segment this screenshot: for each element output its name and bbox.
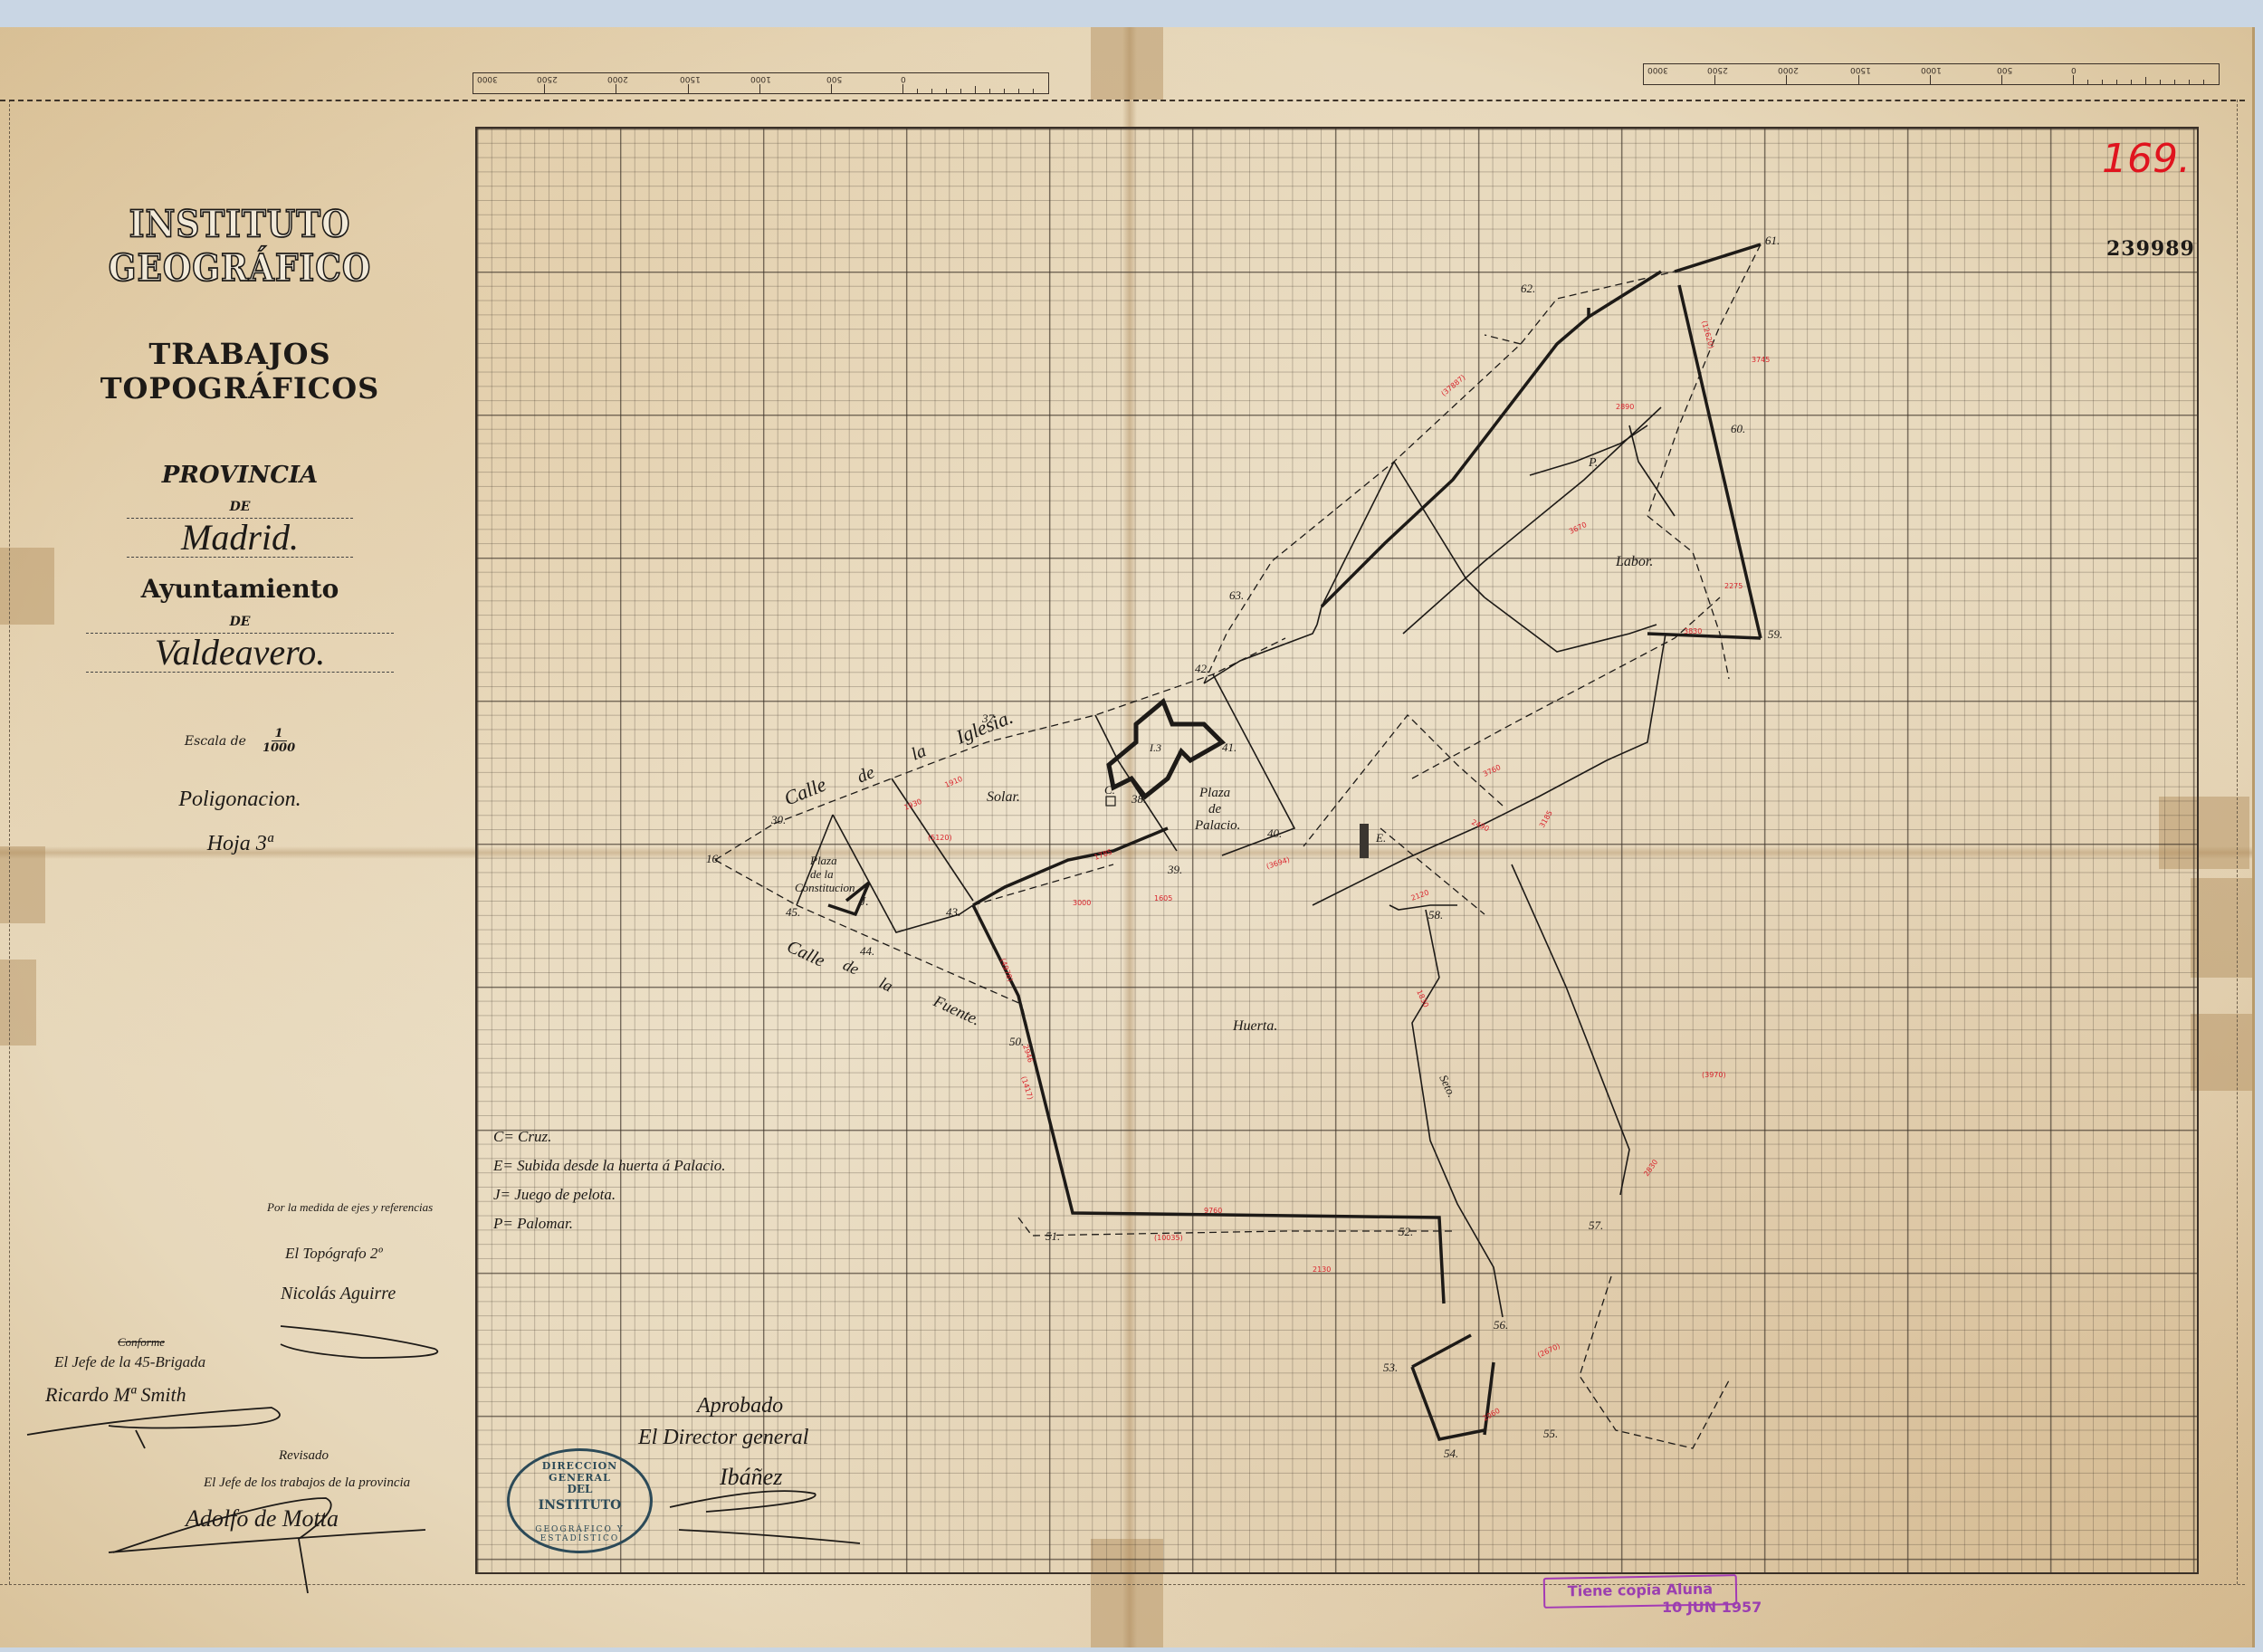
place-label: Plaza: [1198, 786, 1230, 800]
place-label: Plaza: [809, 854, 837, 867]
director-title: El Director general: [638, 1426, 808, 1450]
svg-text:51.: 51.: [1046, 1229, 1060, 1243]
svg-text:56.: 56.: [1494, 1318, 1508, 1332]
svg-text:(37887): (37887): [1440, 373, 1467, 397]
svg-text:(3694): (3694): [1265, 855, 1291, 871]
svg-text:39.: 39.: [1167, 863, 1182, 876]
svg-text:(12620): (12620): [1700, 320, 1715, 349]
legend-item-cruz: C= Cruz.: [493, 1122, 726, 1151]
svg-text:2890: 2890: [1616, 403, 1634, 411]
seal-ring-bottom: GEOGRÁFICO Y ESTADÍSTICO: [510, 1525, 650, 1543]
place-label: de la: [810, 867, 834, 881]
brigade-conforme: Conforme: [118, 1335, 165, 1350]
seal-center-line2: INSTITUTO: [510, 1498, 650, 1513]
svg-text:(10035): (10035): [1154, 1234, 1183, 1242]
svg-text:55.: 55.: [1543, 1427, 1558, 1440]
legend-item-subida: E= Subida desde la huerta á Palacio.: [493, 1151, 726, 1180]
seal-ring-top: DIRECCION GENERAL: [510, 1460, 650, 1484]
svg-text:2490: 2490: [1470, 818, 1490, 834]
place-label: Palacio.: [1194, 818, 1240, 833]
legend-item-juego: J= Juego de pelota.: [493, 1180, 726, 1209]
place-label: Huerta.: [1232, 1018, 1277, 1034]
svg-text:3760: 3760: [1482, 763, 1502, 778]
street-label: la: [909, 740, 930, 764]
svg-text:3670: 3670: [1568, 520, 1588, 536]
svg-text:(3970): (3970): [1702, 1071, 1726, 1079]
street-label: de: [855, 762, 878, 788]
reviewer-title: El Jefe de los trabajos de la provincia: [204, 1475, 410, 1491]
marker-label: I.3: [1149, 741, 1161, 754]
svg-text:45.: 45.: [786, 905, 800, 919]
svg-text:59.: 59.: [1768, 627, 1782, 641]
svg-text:9760: 9760: [1204, 1207, 1222, 1215]
topographer-signature: Nicolás Aguirre: [281, 1284, 396, 1304]
svg-text:54.: 54.: [1444, 1447, 1458, 1460]
svg-text:1785: 1785: [1093, 847, 1113, 861]
svg-text:2060: 2060: [1482, 1407, 1502, 1423]
brigade-title: El Jefe de la 45-Brigada: [54, 1353, 205, 1371]
svg-text:2830: 2830: [1642, 1158, 1659, 1178]
reviewer-signature: Adolfo de Motta: [186, 1505, 339, 1533]
svg-text:61.: 61.: [1765, 234, 1780, 247]
svg-text:53.: 53.: [1383, 1361, 1398, 1374]
official-seal: DIRECCION GENERAL DEL INSTITUTO GEOGRÁFI…: [507, 1448, 653, 1553]
svg-text:3000: 3000: [1073, 899, 1091, 907]
reviewed-label: Revisado: [279, 1448, 329, 1464]
place-label: Constitucion: [795, 881, 855, 894]
director-signature: Ibáñez: [720, 1464, 782, 1491]
svg-text:30.: 30.: [770, 813, 786, 826]
svg-text:2130: 2130: [1313, 1265, 1331, 1274]
legend-item-palomar: P= Palomar.: [493, 1209, 726, 1238]
svg-text:1830: 1830: [1415, 988, 1430, 1008]
marker-label: J.: [860, 895, 869, 909]
svg-text:2120: 2120: [1410, 888, 1430, 902]
seal-center-line1: DEL: [510, 1483, 650, 1495]
svg-text:37.: 37.: [981, 711, 997, 725]
svg-text:(1417): (1417): [1019, 1075, 1035, 1101]
brigade-signature: Ricardo Mª Smith: [45, 1383, 186, 1407]
street-label: Fuente.: [930, 991, 983, 1029]
archive-stamp-date: 10 JUN 1957: [1662, 1599, 1762, 1616]
svg-text:16.: 16.: [706, 852, 721, 865]
svg-text:3185: 3185: [1538, 809, 1554, 829]
svg-text:52.: 52.: [1399, 1225, 1413, 1238]
svg-text:57.: 57.: [1589, 1218, 1603, 1232]
svg-text:42.: 42.: [1195, 662, 1209, 675]
svg-text:38.: 38.: [1131, 792, 1146, 806]
svg-text:44.: 44.: [860, 944, 874, 958]
place-label: Seto.: [1437, 1073, 1458, 1100]
svg-text:63.: 63.: [1229, 588, 1244, 602]
svg-text:40.: 40.: [1267, 826, 1282, 840]
survey-plan: Calle de la Iglesia. Calle de la Fuente.…: [0, 0, 2263, 1652]
street-label: de: [840, 955, 862, 978]
svg-text:2275: 2275: [1724, 582, 1743, 590]
marker-label: C.: [1104, 783, 1115, 797]
place-label: Labor.: [1615, 554, 1653, 569]
svg-text:1910: 1910: [943, 775, 963, 789]
svg-text:(2670): (2670): [1536, 1342, 1561, 1359]
marker-label: E.: [1375, 831, 1386, 845]
svg-text:3745: 3745: [1752, 356, 1770, 364]
topographer-title: El Topógrafo 2º: [285, 1245, 383, 1263]
svg-text:58.: 58.: [1428, 908, 1443, 921]
street-label: Calle: [784, 937, 828, 971]
svg-text:43.: 43.: [946, 905, 960, 919]
marker-label: P.: [1588, 456, 1598, 470]
svg-text:62.: 62.: [1521, 282, 1535, 295]
place-label: de: [1208, 802, 1222, 816]
map-legend: C= Cruz. E= Subida desde la huerta á Pal…: [493, 1122, 726, 1238]
street-label: Calle: [781, 773, 830, 810]
svg-text:(5120): (5120): [928, 834, 952, 842]
street-label: la: [876, 973, 895, 995]
svg-text:3830: 3830: [1684, 627, 1702, 635]
svg-text:(4978): (4978): [998, 958, 1015, 983]
svg-text:41.: 41.: [1222, 740, 1237, 754]
svg-text:60.: 60.: [1731, 422, 1745, 435]
svg-text:1605: 1605: [1154, 894, 1172, 902]
approved-label: Aprobado: [697, 1394, 783, 1418]
topographer-note: Por la medida de ejes y referencias: [267, 1199, 439, 1216]
place-label: Solar.: [987, 789, 1020, 805]
